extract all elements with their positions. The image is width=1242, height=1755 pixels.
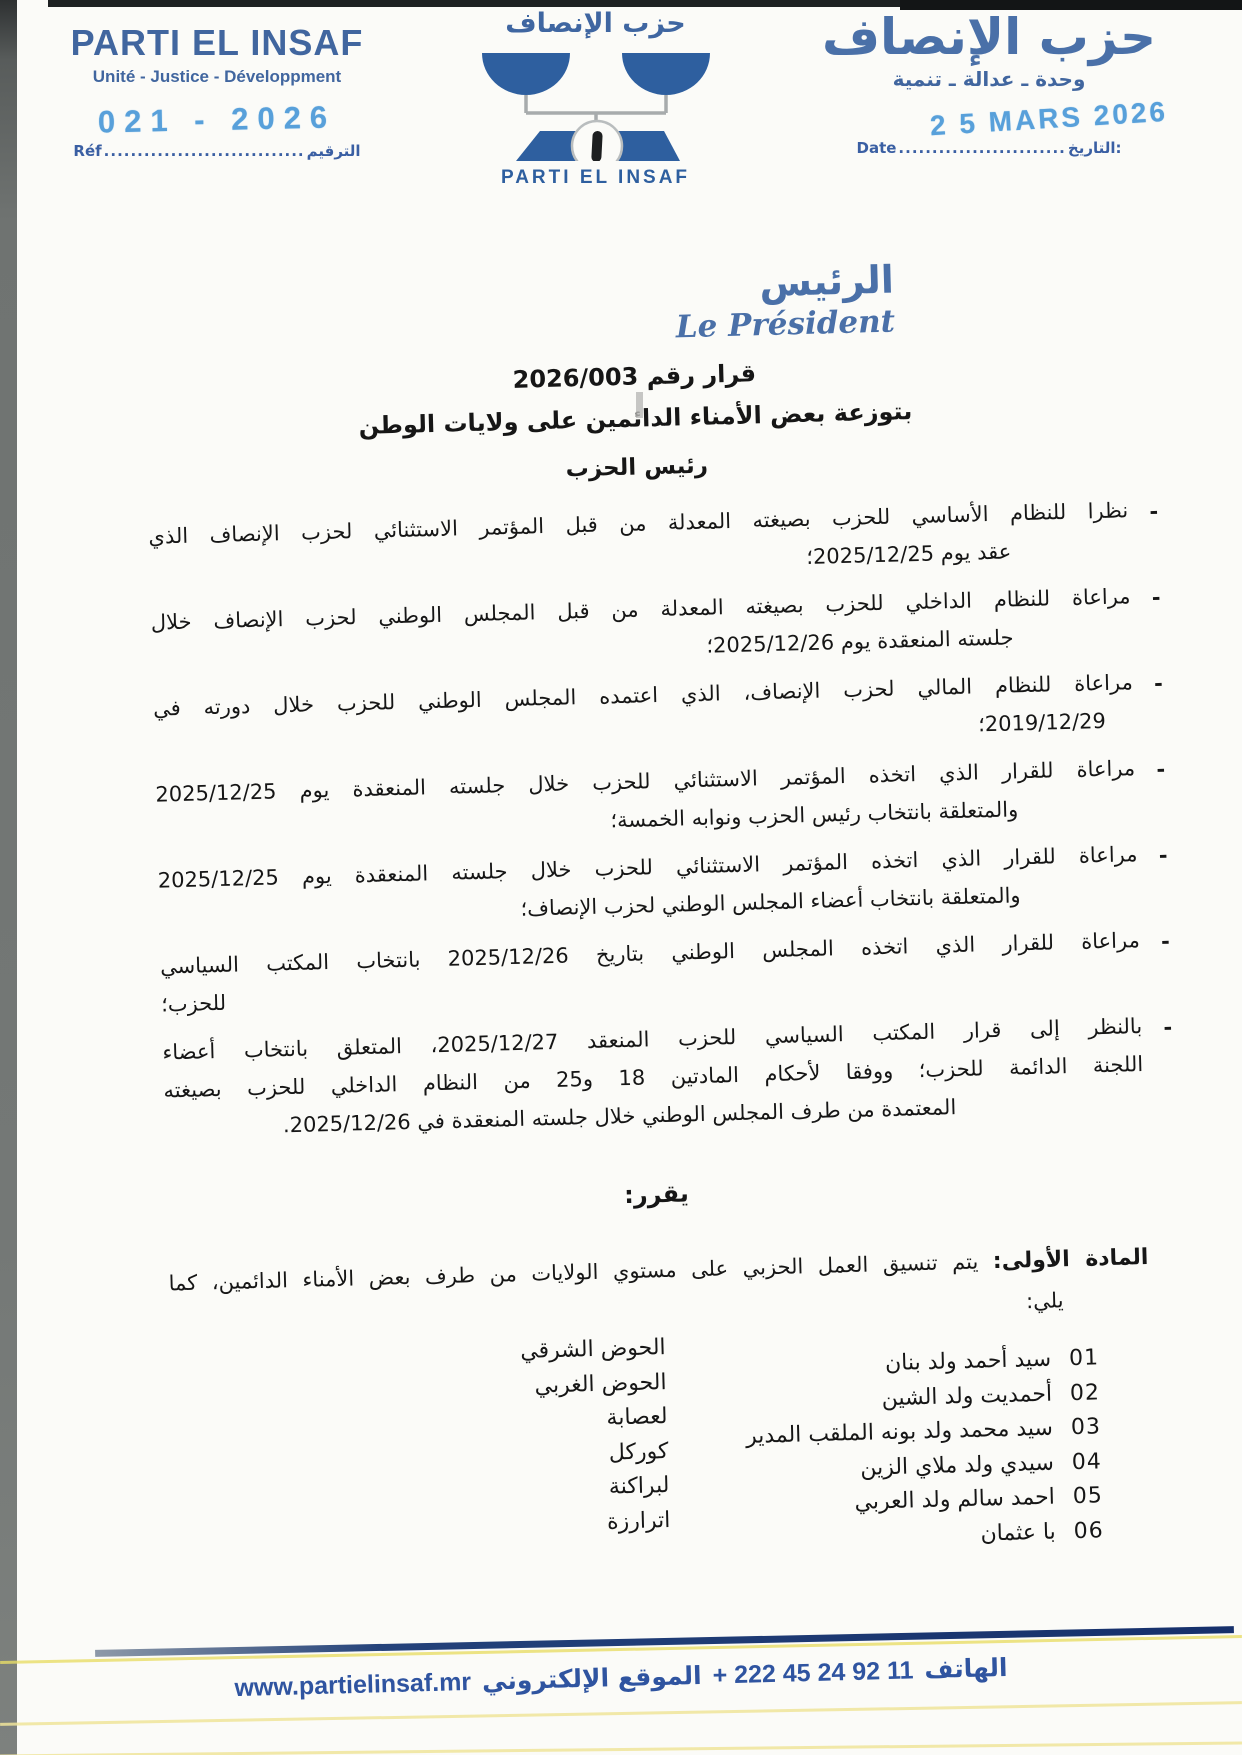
date-label-ar: التاريخ: bbox=[1068, 139, 1122, 157]
bullet-dash: - bbox=[1161, 923, 1171, 961]
page-footer: www.partielinsaf.mr الموقع الإلكتروني + … bbox=[0, 1638, 1242, 1693]
party-name-arabic: حزب الإنصاف bbox=[784, 10, 1194, 65]
roster-region: اترارزة bbox=[525, 1508, 671, 1546]
roster-number: 03 bbox=[1065, 1415, 1102, 1441]
preamble-item: - مراعاة للقرار الذي اتخذه المجلس الوطني… bbox=[160, 921, 1142, 1023]
preamble-item: - مراعاة للقرار الذي اتخذه المؤتمر الاست… bbox=[155, 749, 1137, 851]
document-body: الرئيس Le Président قرار رقم 2026/003 بت… bbox=[0, 249, 1242, 1592]
letterhead-right: حزب الإنصاف وحدة ـ عدالة ـ تنمية 2 5 MAR… bbox=[784, 10, 1194, 157]
preamble-item: - مراعاة للقرار الذي اتخذه المؤتمر الاست… bbox=[157, 835, 1139, 937]
roster-names-column: 01سيد أحمد ولد بنان 02أحمديت ولد الشين 0… bbox=[744, 1346, 1104, 1563]
bullet-dash: - bbox=[1158, 837, 1168, 875]
scan-smudge bbox=[636, 392, 643, 418]
bullet-dash: - bbox=[1156, 751, 1166, 789]
roster-name: سيد أحمد ولد بنان bbox=[885, 1347, 1052, 1376]
roster-name: با عثمان bbox=[980, 1519, 1056, 1546]
roster-number: 02 bbox=[1064, 1380, 1101, 1406]
bullet-dash: - bbox=[1149, 493, 1159, 531]
article-one-label: المادة الأولى: bbox=[993, 1245, 1149, 1274]
ref-label-fr: Réf bbox=[73, 142, 101, 160]
ref-dots: .............................. bbox=[104, 142, 305, 160]
party-motto-latin: Unité - Justice - Développment bbox=[52, 67, 382, 87]
reference-line: Réf..............................الترقيم bbox=[52, 142, 382, 160]
roster-name: سيدي ولد ملاي الزين bbox=[860, 1450, 1054, 1480]
scan-yellow-line bbox=[0, 1701, 1242, 1726]
bullet-dash: - bbox=[1163, 1009, 1173, 1047]
roster-regions-column: الحوض الشرقي الحوض الغربي لعصابة كوركل ل… bbox=[520, 1335, 671, 1546]
roster-region: الحوض الشرقي bbox=[520, 1335, 666, 1373]
preamble-item: - مراعاة للنظام المالي لحزب الإنصاف، الذ… bbox=[153, 663, 1135, 765]
letterhead-left: PARTI EL INSAF Unité - Justice - Dévelop… bbox=[52, 22, 382, 160]
phone-label: الهاتف bbox=[924, 1653, 1008, 1684]
bullet-dash: - bbox=[1151, 579, 1161, 617]
roster-region: الحوض الغربي bbox=[521, 1370, 667, 1408]
date-stamp: 2 5 MARS 2026 bbox=[903, 94, 1194, 144]
party-title-latin: PARTI EL INSAF bbox=[52, 22, 382, 64]
roster-number: 04 bbox=[1066, 1449, 1103, 1475]
reference-number-stamp: 021 - 2026 bbox=[52, 99, 383, 142]
party-motto-arabic: وحدة ـ عدالة ـ تنمية bbox=[784, 67, 1194, 91]
website-label: الموقع الإلكتروني bbox=[482, 1661, 702, 1696]
date-label-fr: Date bbox=[857, 139, 897, 157]
date-line: Date.........................التاريخ: bbox=[784, 139, 1194, 157]
preamble-list: - نظرا للنظام الأساسي للحزب بصيغته المعد… bbox=[148, 492, 1145, 1148]
roster-region: كوركل bbox=[523, 1439, 669, 1477]
preamble-item: - نظرا للنظام الأساسي للحزب بصيغته المعد… bbox=[148, 492, 1130, 594]
assignments-roster: 01سيد أحمد ولد بنان 02أحمديت ولد الشين 0… bbox=[171, 1344, 1157, 1588]
preamble-item: - بالنظر إلى قرار المكتب السياسي للحزب ا… bbox=[162, 1007, 1145, 1147]
party-name-latin-small: PARTI EL INSAF bbox=[428, 167, 763, 189]
phone-number: + 222 45 24 92 11 bbox=[712, 1656, 914, 1690]
roster-name: أحمديت ولد الشين bbox=[881, 1381, 1052, 1411]
president-heading: الرئيس Le Président bbox=[142, 252, 1124, 360]
bullet-dash: - bbox=[1154, 665, 1164, 703]
roster-name: احمد سالم ولد العربي bbox=[854, 1485, 1055, 1515]
preamble-item: - مراعاة للنظام الداخلي للحزب بصيغته الم… bbox=[150, 578, 1132, 680]
decides-heading: يقرر: bbox=[166, 1167, 1146, 1221]
scales-of-justice-logo-icon bbox=[478, 39, 714, 161]
party-name-arabic-small: حزب الإنصاف bbox=[428, 8, 763, 39]
letterhead: PARTI EL INSAF Unité - Justice - Dévelop… bbox=[0, 0, 1242, 232]
roster-number: 05 bbox=[1066, 1484, 1103, 1510]
roster-region: لعصابة bbox=[522, 1404, 668, 1442]
scan-yellow-line bbox=[0, 1741, 1242, 1755]
issuer-title: رئيس الحزب bbox=[147, 442, 1127, 494]
ref-label-ar: الترقيم bbox=[307, 142, 361, 160]
article-one: المادة الأولى: يتم تنسيق العمل الحزبي عل… bbox=[168, 1237, 1150, 1344]
website-url: www.partielinsaf.mr bbox=[234, 1668, 471, 1703]
roster-number: 06 bbox=[1067, 1518, 1104, 1544]
roster-region: لبراكنة bbox=[524, 1473, 670, 1511]
document-page: { "header": { "left": { "title": "PARTI … bbox=[0, 0, 1242, 1755]
roster-number: 01 bbox=[1063, 1346, 1100, 1372]
letterhead-center: حزب الإنصاف PARTI EL INSAF bbox=[428, 8, 763, 189]
